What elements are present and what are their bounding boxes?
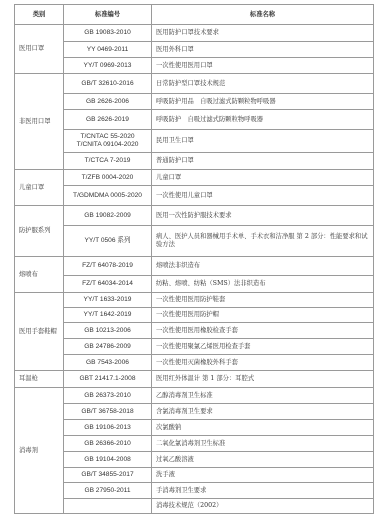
table-row: GB/T 34855-2017洗手液: [15, 468, 374, 483]
standard-name-cell: 纺粘、熔喷、纺粘（SMS）法非织造布: [152, 276, 374, 293]
table-row: YY 0469-2011医用外科口罩: [15, 42, 374, 58]
standard-code-cell: FZ/T 64078-2019: [64, 257, 152, 276]
table-row: GB 19104-2008过氧乙酸溶液: [15, 452, 374, 468]
table-row: GB 26366-2010二氧化氯消毒剂卫生标准: [15, 436, 374, 452]
table-row: T/CNTAC 55-2020 T/CNITA 09104-2020民用卫生口罩: [15, 130, 374, 153]
standard-code-cell: T/ZFB 0004-2020: [64, 170, 152, 186]
table-row: 医用手套鞋帽YY/T 1633-2019一次性使用医用防护鞋套: [15, 293, 374, 308]
table-row: GB 2626-2019呼吸防护 自吸过滤式防颗粒物呼吸器: [15, 110, 374, 130]
table-row: YY/T 0969-2013一次性使用医用口罩: [15, 58, 374, 74]
table-row: FZ/T 64034-2014纺粘、熔喷、纺粘（SMS）法非织造布: [15, 276, 374, 293]
category-cell: 医用口罩: [15, 25, 64, 74]
standard-code-cell: GB 2626-2006: [64, 94, 152, 110]
category-cell: 熔喷布: [15, 257, 64, 293]
standard-name-cell: 日常防护型口罩技术规范: [152, 74, 374, 94]
standard-code-cell: GBT 21417.1-2008: [64, 371, 152, 388]
standard-code-cell: GB/T 32610-2016: [64, 74, 152, 94]
standard-name-cell: 医用外科口罩: [152, 42, 374, 58]
standard-code-cell: YY/T 1642-2019: [64, 308, 152, 323]
standard-name-cell: 次氯酸钠: [152, 420, 374, 436]
table-row: GB 10213-2006一次性使用医用橡胶检查手套: [15, 323, 374, 339]
table-row: 医用口罩GB 19083-2010医用防护口罩技术要求: [15, 25, 374, 42]
standard-name-cell: 一次性使用医用口罩: [152, 58, 374, 74]
standard-code-cell: FZ/T 64034-2014: [64, 276, 152, 293]
standard-code-cell: GB/T 34855-2017: [64, 468, 152, 483]
standard-code-cell: GB 27950-2011: [64, 483, 152, 499]
table-row: YY/T 0506 系列病人、医护人员和器械用手术单、手术衣和洁净服 第 2 部…: [15, 226, 374, 257]
standard-name-cell: 一次性使用医用防护鞋套: [152, 293, 374, 308]
standard-code-cell: GB 7543-2006: [64, 355, 152, 371]
header-category: 类别: [15, 5, 64, 25]
table-row: 非医用口罩GB/T 32610-2016日常防护型口罩技术规范: [15, 74, 374, 94]
standard-name-cell: 一次性使用医用橡胶检查手套: [152, 323, 374, 339]
standard-name-cell: 熔喷法非织造布: [152, 257, 374, 276]
standard-code-cell: YY/T 0506 系列: [64, 226, 152, 257]
standard-code-cell: GB 19106-2013: [64, 420, 152, 436]
standard-name-cell: 过氧乙酸溶液: [152, 452, 374, 468]
header-code: 标准编号: [64, 5, 152, 25]
standard-name-cell: 手消毒剂卫生要求: [152, 483, 374, 499]
table-row: 熔喷布FZ/T 64078-2019熔喷法非织造布: [15, 257, 374, 276]
standard-name-cell: 一次性使用聚氯乙烯医用检查手套: [152, 339, 374, 355]
standard-name-cell: 一次性使用儿童口罩: [152, 186, 374, 206]
standard-code-cell: GB 10213-2006: [64, 323, 152, 339]
standard-name-cell: 含氯消毒剂卫生要求: [152, 404, 374, 420]
standard-code-cell: GB 26373-2010: [64, 388, 152, 404]
header-name: 标准名称: [152, 5, 374, 25]
standard-name-cell: 洗手液: [152, 468, 374, 483]
standard-name-cell: 医用红外体温计 第 1 部分：耳腔式: [152, 371, 374, 388]
standard-name-cell: 二氧化氯消毒剂卫生标准: [152, 436, 374, 452]
table-row: GB 7543-2006一次性使用灭菌橡胶外科手套: [15, 355, 374, 371]
standard-code-cell: [64, 499, 152, 514]
table-row: 耳温枪GBT 21417.1-2008医用红外体温计 第 1 部分：耳腔式: [15, 371, 374, 388]
table-row: 儿童口罩T/ZFB 0004-2020儿童口罩: [15, 170, 374, 186]
standard-code-cell: GB 19083-2010: [64, 25, 152, 42]
standard-name-cell: 医用防护口罩技术要求: [152, 25, 374, 42]
standard-name-cell: 乙醇消毒剂卫生标准: [152, 388, 374, 404]
standard-name-cell: 民用卫生口罩: [152, 130, 374, 153]
category-cell: 耳温枪: [15, 371, 64, 388]
standard-code-cell: GB 19082-2009: [64, 206, 152, 226]
table-row: T/CTCA 7-2019普通防护口罩: [15, 153, 374, 170]
standard-name-cell: 一次性使用灭菌橡胶外科手套: [152, 355, 374, 371]
category-cell: 儿童口罩: [15, 170, 64, 206]
standard-name-cell: 一次性使用医用防护帽: [152, 308, 374, 323]
table-row: 消毒技术规范（2002）: [15, 499, 374, 514]
standard-code-cell: GB 26366-2010: [64, 436, 152, 452]
standard-code-cell: YY/T 0969-2013: [64, 58, 152, 74]
standard-code-cell: T/CNTAC 55-2020 T/CNITA 09104-2020: [64, 130, 152, 153]
table-row: GB/T 36758-2018含氯消毒剂卫生要求: [15, 404, 374, 420]
table-row: T/GDMDMA 0005-2020一次性使用儿童口罩: [15, 186, 374, 206]
standard-name-cell: 医用一次性防护服技术要求: [152, 206, 374, 226]
standard-code-cell: YY/T 1633-2019: [64, 293, 152, 308]
standard-name-cell: 呼吸防护用品 自吸过滤式防颗粒物呼吸器: [152, 94, 374, 110]
standard-code-cell: GB 2626-2019: [64, 110, 152, 130]
category-cell: 防护服系列: [15, 206, 64, 257]
standards-table: 类别 标准编号 标准名称 医用口罩GB 19083-2010医用防护口罩技术要求…: [14, 4, 374, 514]
standard-name-cell: 普通防护口罩: [152, 153, 374, 170]
standard-code-cell: GB/T 36758-2018: [64, 404, 152, 420]
table-row: GB 2626-2006呼吸防护用品 自吸过滤式防颗粒物呼吸器: [15, 94, 374, 110]
category-cell: 非医用口罩: [15, 74, 64, 170]
standard-code-cell: GB 19104-2008: [64, 452, 152, 468]
table-row: 防护服系列GB 19082-2009医用一次性防护服技术要求: [15, 206, 374, 226]
table-row: GB 24786-2009一次性使用聚氯乙烯医用检查手套: [15, 339, 374, 355]
table-header-row: 类别 标准编号 标准名称: [15, 5, 374, 25]
table-row: GB 19106-2013次氯酸钠: [15, 420, 374, 436]
category-cell: 医用手套鞋帽: [15, 293, 64, 371]
standard-code-cell: GB 24786-2009: [64, 339, 152, 355]
table-row: GB 27950-2011手消毒剂卫生要求: [15, 483, 374, 499]
standard-name-cell: 消毒技术规范（2002）: [152, 499, 374, 514]
standard-code-cell: T/GDMDMA 0005-2020: [64, 186, 152, 206]
standard-name-cell: 呼吸防护 自吸过滤式防颗粒物呼吸器: [152, 110, 374, 130]
table-row: YY/T 1642-2019一次性使用医用防护帽: [15, 308, 374, 323]
standard-name-cell: 儿童口罩: [152, 170, 374, 186]
standard-name-cell: 病人、医护人员和器械用手术单、手术衣和洁净服 第 2 部分：性能要求和试验方法: [152, 226, 374, 257]
category-cell: 消毒剂: [15, 388, 64, 514]
standard-code-cell: T/CTCA 7-2019: [64, 153, 152, 170]
standard-code-cell: YY 0469-2011: [64, 42, 152, 58]
table-row: 消毒剂GB 26373-2010乙醇消毒剂卫生标准: [15, 388, 374, 404]
